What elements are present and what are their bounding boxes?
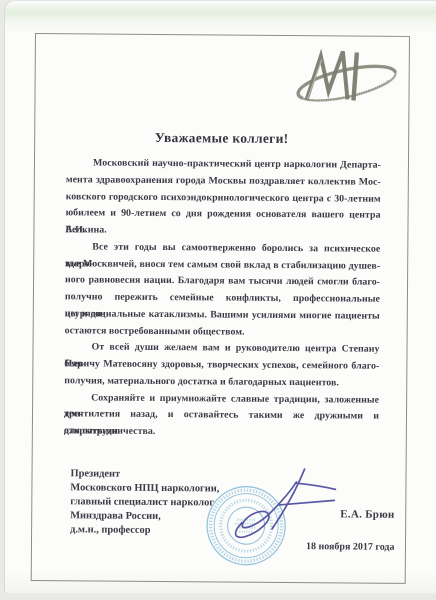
letter-border-frame: Уважаемые коллеги! Московский научно-пра… <box>31 33 410 584</box>
letter-heading: Уважаемые коллеги! <box>35 129 408 148</box>
letter-line: беевичу Матевосяну здоровья, творческих … <box>64 356 379 375</box>
narcology-center-logo-icon <box>290 43 403 110</box>
scanned-letter-page: { "document": { "heading": "Уважаемые ко… <box>0 0 436 600</box>
letter-line: юбилеем и 90-летием со дня рождения осно… <box>66 205 381 224</box>
letter-line: Все эти годы вы самоотверженно боролись … <box>65 239 380 258</box>
letter-paper: Уважаемые коллеги! Московский научно-пра… <box>5 0 436 593</box>
letter-line: мента здравоохранения города Москвы позд… <box>66 172 381 191</box>
letter-line: получия, материального достатка и благод… <box>64 373 379 392</box>
letter-paragraph: Сохраняйте и приумножайте славные традиц… <box>64 390 379 443</box>
signer-name: Е.А. Брюн <box>340 508 394 520</box>
letter-paragraph: Московский научно-практический центр нар… <box>65 155 381 241</box>
letter-line: для сотрудничества. <box>64 423 379 442</box>
signature-ink <box>182 460 353 576</box>
letter-line: Московский научно-практический центр нар… <box>66 155 381 174</box>
letter-body: Московский научно-практический центр нар… <box>64 155 381 442</box>
letter-date: 18 ноября 2017 года <box>306 541 395 553</box>
letter-paragraph: От всей души желаем вам и руководителю ц… <box>64 339 379 392</box>
letter-line: получно пережить семейные конфликты, про… <box>65 289 380 308</box>
letter-line: цы и социальные катаклизмы. Вашими усили… <box>65 306 380 325</box>
letter-paragraph: Все эти годы вы самоотверженно боролись … <box>65 239 381 342</box>
